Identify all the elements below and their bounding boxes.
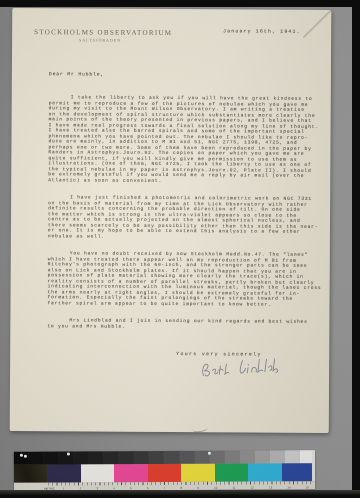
- letterhead-location: SALTSJÖBADEN: [64, 37, 136, 42]
- paragraph: I have just finished a photometric and c…: [48, 195, 331, 241]
- grayscale-row: [14, 450, 315, 465]
- grayscale-patch: [285, 450, 300, 463]
- letterhead-institution: STOCKHOLMS OBSERVATORIUM: [34, 28, 172, 37]
- letter-line: farther spiral arm appear to be quite im…: [47, 301, 330, 308]
- letter-line: permit me to reproduce a few of the pict…: [49, 101, 332, 108]
- grayscale-patch: [194, 451, 209, 464]
- photo-frame: STOCKHOLMS OBSERVATORIUM SALTSJÖBADEN Ja…: [0, 0, 360, 498]
- letter-line: Atlantic) as soon as convenient.: [48, 178, 331, 185]
- letter-line: You have no doubt received by now Stockh…: [48, 251, 331, 258]
- photo-frame-bottom: [0, 490, 360, 498]
- grayscale-patch: [240, 451, 255, 464]
- ruler-ticks: [48, 481, 311, 485]
- letter-line: the arms nearly at right angles, I shoul…: [48, 290, 331, 297]
- grayscale-patch: [210, 451, 225, 464]
- grayscale-patch: [149, 451, 164, 464]
- letter-line: I have made real progress towards a fina…: [49, 123, 332, 130]
- ruler-number: 14: [287, 485, 290, 489]
- letter-line: Mrs Lindblad and I join in sending our k…: [47, 318, 330, 325]
- paragraph: You have no doubt received by now Stockh…: [47, 251, 330, 308]
- ruler-number: 13: [269, 485, 272, 489]
- color-patch: [114, 464, 148, 482]
- ruler-number: 12: [251, 486, 254, 490]
- color-patch: [14, 465, 48, 483]
- letter-line: perhaps one or two more. Some of them ha…: [48, 145, 331, 152]
- letter-line: also on Lick and Stockholm plates. If it…: [48, 268, 331, 275]
- grayscale-patch: [300, 450, 315, 463]
- grayscale-patch: [59, 451, 74, 464]
- letter-line: be extremely grateful if you would send …: [48, 172, 331, 179]
- color-patch: [248, 463, 282, 481]
- registration-dot: [20, 454, 23, 457]
- letter-line: reality consists of a number of parallel…: [48, 279, 331, 286]
- color-patch: [281, 463, 315, 481]
- grayscale-patch: [225, 451, 240, 464]
- letter-line: there seems scarcely to be any possibili…: [48, 223, 331, 230]
- color-patch: [81, 464, 115, 482]
- grayscale-patch: [164, 451, 179, 464]
- color-patch: [181, 464, 215, 482]
- letter-line: which I have treated there appear well o…: [48, 257, 331, 264]
- letter-line: during my visit to the Mount Wilson Obse…: [49, 106, 332, 113]
- letter-line: nebulae as well.: [48, 234, 331, 241]
- letter-line: possession of plate material showing mor…: [48, 273, 331, 280]
- grayscale-patch: [119, 451, 134, 464]
- paragraph: Mrs Lindblad and I join in sending our k…: [47, 318, 330, 331]
- paper-stain: [191, 424, 208, 433]
- grayscale-patch: [104, 451, 119, 464]
- letter-closing: Yours very sincerely: [176, 352, 262, 358]
- grayscale-patch: [44, 452, 59, 465]
- signature: [197, 352, 293, 385]
- letter-paper: STOCKHOLMS OBSERVATORIUM SALTSJÖBADEN Ja…: [10, 8, 332, 433]
- letter-line: the matter which is strong in the ultra-…: [48, 212, 331, 219]
- color-row: [14, 463, 315, 483]
- grayscale-patch: [134, 451, 149, 464]
- letter-line: formation. Especially the faint prolongi…: [48, 295, 331, 302]
- letter-line: I take the liberty to ask you if you wil…: [49, 95, 332, 102]
- grayscale-patch: [255, 450, 270, 463]
- color-patch: [215, 464, 249, 482]
- grayscale-patch: [179, 451, 194, 464]
- letter-line: phenomena which you have pointed out. Th…: [48, 134, 331, 141]
- grayscale-patch: [270, 450, 285, 463]
- paragraph: I take the liberty to ask you if you wil…: [48, 95, 332, 185]
- letter-salutation: Dear Mr Hubble,: [49, 72, 104, 77]
- ruler-number: 15: [306, 485, 309, 489]
- letter-line: main points of the theory presented in p…: [49, 117, 332, 124]
- letter-line: quite sufficient, if you will kindly giv…: [48, 156, 331, 163]
- letter-body: I take the liberty to ask you if you wil…: [47, 95, 331, 343]
- color-patch: [148, 464, 182, 482]
- registration-dot: [67, 452, 70, 455]
- letter-line: illustrations. (One of them, NGC 4725, I…: [48, 161, 331, 168]
- letter-date: January 16th, 1941.: [223, 29, 301, 34]
- letter-line: I have just finished a photometric and c…: [48, 195, 331, 202]
- backdrop: STOCKHOLMS OBSERVATORIUM SALTSJÖBADEN Ja…: [0, 7, 352, 490]
- paper-corner-crease: [303, 10, 331, 38]
- letter-line: er one. It is my hope to be able to exte…: [48, 228, 331, 235]
- letter-line: centre as to be actually projected on th…: [48, 217, 331, 224]
- calibration-endcap: [312, 450, 315, 481]
- letter-line: to you and Mrs Hubble.: [47, 324, 330, 331]
- grayscale-patch: [74, 451, 89, 464]
- letter-line: indicating interconnection with the lumi…: [48, 284, 331, 291]
- letter-line: on the development of spiral structure w…: [49, 112, 332, 119]
- letter-line: on the basis of material from my time at…: [48, 201, 331, 208]
- letter-line: Randers in Astrophys.Journ.92. The copie…: [48, 150, 331, 157]
- registration-dot: [24, 455, 27, 458]
- letter-line: Ritchey's photograph with the 60-inch, a…: [48, 262, 331, 269]
- grayscale-patch: [29, 452, 44, 465]
- letter-line: duce are mainly, in addition to M 81 and…: [48, 139, 331, 146]
- grayscale-patch: [14, 452, 29, 465]
- letter-line: the typical nebulae in my paper in Astro…: [48, 167, 331, 174]
- letter-line: I have treated also the barred spirals a…: [49, 128, 332, 135]
- grayscale-patch: [89, 451, 104, 464]
- letter-line: definite results concerning the probable…: [48, 206, 331, 213]
- calibration-bar: METRIC 123456789101112131415: [14, 450, 315, 491]
- color-patch: [47, 464, 81, 482]
- registration-dot: [208, 452, 211, 455]
